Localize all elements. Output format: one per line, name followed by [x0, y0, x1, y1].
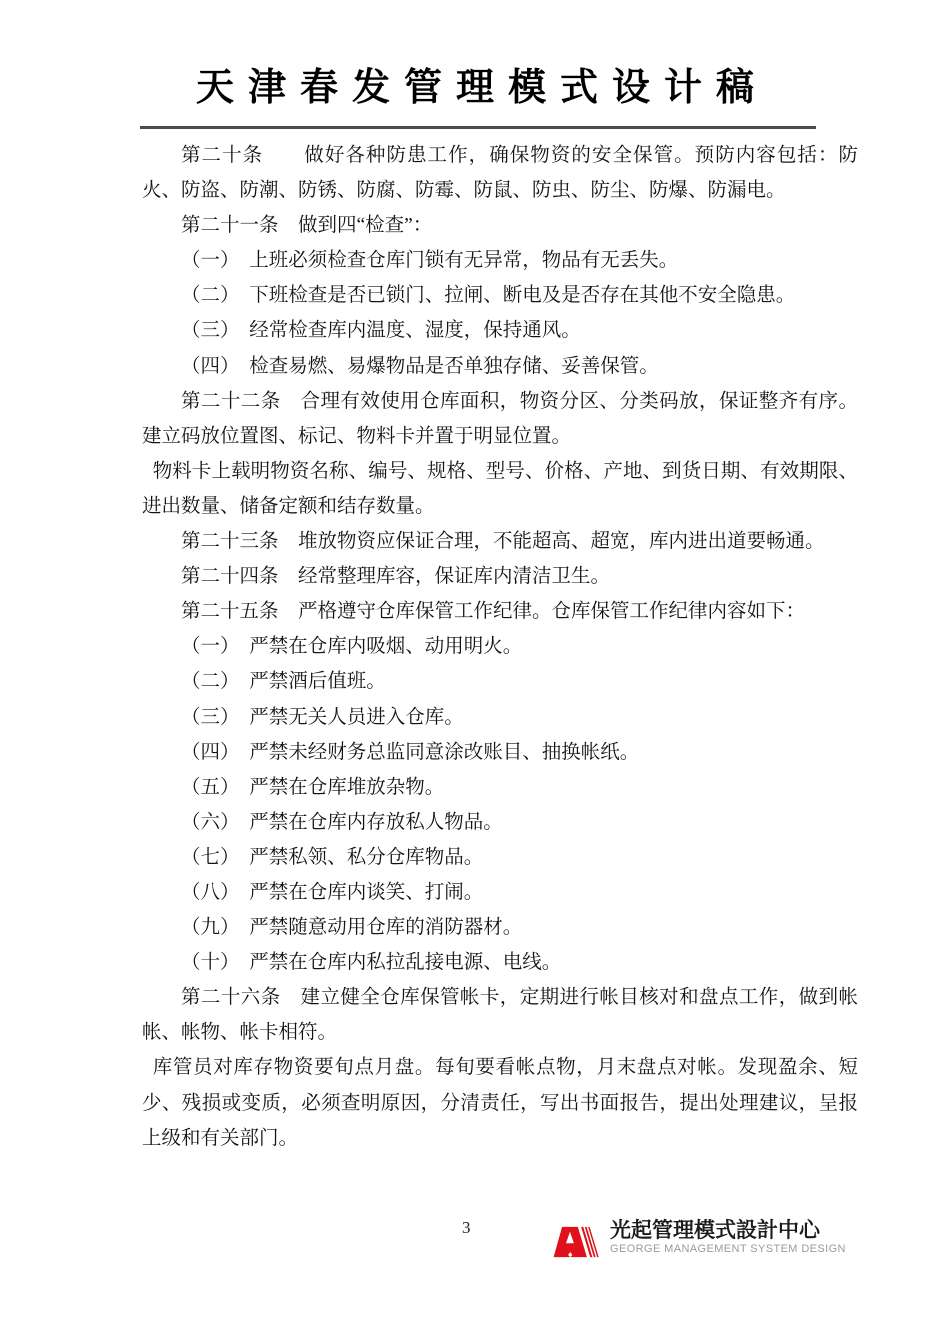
paragraph-material-card: 物料卡上载明物资名称、编号、规格、型号、价格、产地、到货日期、有效期限、进出数量…: [142, 454, 858, 524]
paragraph-article-26: 第二十六条 建立健全仓库保管帐卡，定期进行帐目核对和盘点工作，做到帐帐、帐物、帐…: [142, 980, 858, 1050]
document-body: 第二十条 做好各种防患工作，确保物资的安全保管。预防内容包括：防火、防盗、防潮、…: [142, 138, 858, 1156]
paragraph-stock-check: 库管员对库存物资要旬点月盘。每旬要看帐点物，月末盘点对帐。发现盈余、短少、残损或…: [142, 1050, 858, 1155]
logo-cn-text: 光起管理模式設計中心: [610, 1220, 846, 1242]
paragraph-rule-item-9: （九） 严禁随意动用仓库的消防器材。: [142, 910, 858, 945]
paragraph-rule-item-8: （八） 严禁在仓库内谈笑、打闹。: [142, 875, 858, 910]
paragraph-check-item-2: （二） 下班检查是否已锁门、拉闸、断电及是否存在其他不安全隐患。: [142, 278, 858, 313]
paragraph-rule-item-5: （五） 严禁在仓库堆放杂物。: [142, 770, 858, 805]
page-number: 3: [462, 1218, 471, 1238]
paragraph-rule-item-4: （四） 严禁未经财务总监同意涂改账目、抽换帐纸。: [142, 735, 858, 770]
logo-en-text: GEORGE MANAGEMENT SYSTEM DESIGN: [610, 1243, 846, 1256]
paragraph-rule-item-1: （一） 严禁在仓库内吸烟、动用明火。: [142, 629, 858, 664]
paragraph-check-item-3: （三） 经常检查库内温度、湿度，保持通风。: [142, 313, 858, 348]
paragraph-check-item-1: （一） 上班必须检查仓库门锁有无异常，物品有无丢失。: [142, 243, 858, 278]
paragraph-article-23: 第二十三条 堆放物资应保证合理，不能超高、超宽，库内进出道要畅通。: [142, 524, 858, 559]
paragraph-rule-item-6: （六） 严禁在仓库内存放私人物品。: [142, 805, 858, 840]
paragraph-article-21: 第二十一条 做到四“检查”：: [142, 208, 858, 243]
paragraph-rule-item-7: （七） 严禁私领、私分仓库物品。: [142, 840, 858, 875]
paragraph-article-24: 第二十四条 经常整理库容，保证库内清洁卫生。: [142, 559, 858, 594]
paragraph-article-22: 第二十二条 合理有效使用仓库面积，物资分区、分类码放，保证整齐有序。建立码放位置…: [142, 384, 858, 454]
paragraph-rule-item-2: （二） 严禁酒后值班。: [142, 664, 858, 699]
document-page: 天津春发管理模式设计稿 第二十条 做好各种防患工作，确保物资的安全保管。预防内容…: [0, 0, 950, 1344]
footer-logo-text: 光起管理模式設計中心 GEORGE MANAGEMENT SYSTEM DESI…: [610, 1220, 846, 1256]
red-letter-a-with-stripes-icon: [553, 1222, 599, 1262]
page-title: 天津春发管理模式设计稿: [0, 56, 950, 111]
paragraph-check-item-4: （四） 检查易燃、易爆物品是否单独存储、妥善保管。: [142, 349, 858, 384]
footer-logo: 光起管理模式設計中心 GEORGE MANAGEMENT SYSTEM DESI…: [553, 1220, 846, 1262]
title-divider: [140, 126, 816, 129]
paragraph-rule-item-10: （十） 严禁在仓库内私拉乱接电源、电线。: [142, 945, 858, 980]
paragraph-rule-item-3: （三） 严禁无关人员进入仓库。: [142, 700, 858, 735]
paragraph-article-25: 第二十五条 严格遵守仓库保管工作纪律。仓库保管工作纪律内容如下：: [142, 594, 858, 629]
paragraph-article-20: 第二十条 做好各种防患工作，确保物资的安全保管。预防内容包括：防火、防盗、防潮、…: [142, 138, 858, 208]
